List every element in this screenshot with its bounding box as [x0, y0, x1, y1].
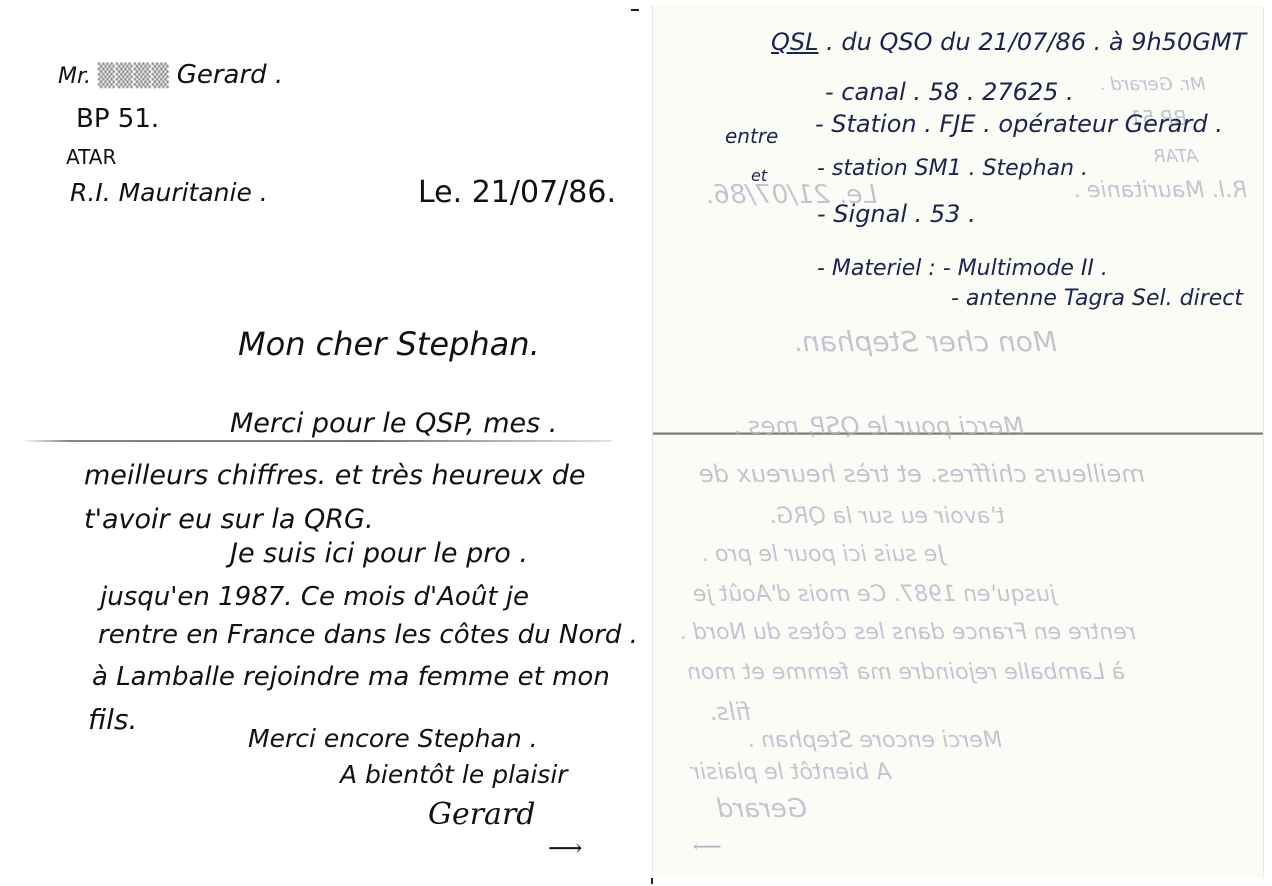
show-through-line: Je suis ici pour le pro .: [701, 544, 944, 566]
qsl-label: QSL: [771, 28, 819, 56]
show-through-line: Mr. Gerard .: [1099, 76, 1205, 94]
show-through-line: Gerard: [717, 796, 807, 822]
body-line: t'avoir eu sur la QRG.: [84, 506, 374, 533]
show-through-line: jusqu'en 1987. Ce mois d'Août je: [693, 584, 1056, 606]
body-line: à Lamballe rejoindre ma femme et mon: [92, 664, 610, 690]
letter-front-page: Mr. ▒▒▒▒ Gerard . BP 51. ATAR R.I. Mauri…: [0, 0, 630, 886]
detail-prefix-et: et: [751, 168, 767, 184]
body-line: fils.: [88, 706, 137, 734]
show-through-line: meilleurs chiffres. et très heureux de: [699, 462, 1145, 486]
qsl-header: QSL . du QSO du 21/07/86 . à 9h50GMT: [771, 30, 1246, 54]
redacted-surname: ▒▒▒▒: [98, 66, 170, 88]
fold-crease: [22, 440, 612, 442]
show-through-line: à Lamballe rejoindre ma femme et mon: [687, 662, 1125, 684]
detail-station-sm1: - station SM1 . Stephan .: [817, 158, 1088, 180]
show-through-line: fils.: [709, 700, 751, 724]
scan-mark: [651, 878, 653, 884]
sender-country: R.I. Mauritanie .: [70, 180, 268, 205]
scan-mark: [631, 9, 639, 11]
show-through-line: ATAR: [1153, 148, 1198, 166]
body-line: jusqu'en 1987. Ce mois d'Août je: [100, 584, 529, 610]
closing-line: A bientôt le plaisir: [340, 762, 568, 787]
sender-po-box: BP 51.: [76, 106, 159, 132]
detail-signal: - Signal . 53 .: [817, 202, 976, 226]
body-line: meilleurs chiffres. et très heureux de: [84, 462, 585, 489]
letter-back-page: Mr. Gerard . BP 51. ATAR R.I. Mauritanie…: [652, 6, 1264, 878]
show-through-line: A bientôt le plaisir: [691, 762, 891, 784]
signature: Gerard: [428, 800, 536, 830]
show-through-line: t'avoir eu sur la QRG.: [769, 506, 1005, 528]
turn-over-arrow-icon: ⟶: [548, 834, 582, 862]
body-line: rentre en France dans les côtes du Nord …: [98, 622, 638, 648]
salutation: Mon cher Stephan.: [238, 328, 540, 360]
first-name: Gerard .: [177, 60, 284, 90]
show-through-line: Merci pour le QSP, mes .: [733, 414, 1024, 438]
letter-date: Le. 21/07/86.: [418, 178, 616, 208]
body-line: Je suis ici pour le pro .: [230, 540, 528, 567]
show-through-line: Merci encore Stephan .: [747, 730, 1002, 752]
detail-prefix-entre: entre: [725, 126, 778, 146]
detail-station-fje: - Station . FJE . opérateur Gerard .: [815, 112, 1223, 136]
closing-line: Merci encore Stephan .: [248, 726, 538, 751]
sender-name: Mr. ▒▒▒▒ Gerard .: [58, 62, 283, 88]
sender-city: ATAR: [66, 147, 116, 167]
show-through-line: R.I. Mauritanie .: [1073, 180, 1247, 202]
show-through-line: Mon cher Stephan.: [793, 328, 1057, 356]
detail-canal: - canal . 58 . 27625 .: [825, 80, 1074, 104]
show-through-arrow-icon: ⟶: [693, 834, 722, 858]
detail-antenna: - antenne Tagra Sel. direct: [951, 288, 1243, 310]
detail-materiel: - Materiel : - Multimode II .: [817, 258, 1108, 280]
body-line: Merci pour le QSP, mes .: [230, 410, 557, 437]
show-through-line: rentre en France dans les côtes du Nord …: [679, 622, 1136, 644]
qso-datetime: . du QSO du 21/07/86 . à 9h50GMT: [826, 28, 1246, 56]
name-prefix: Mr.: [58, 64, 91, 89]
